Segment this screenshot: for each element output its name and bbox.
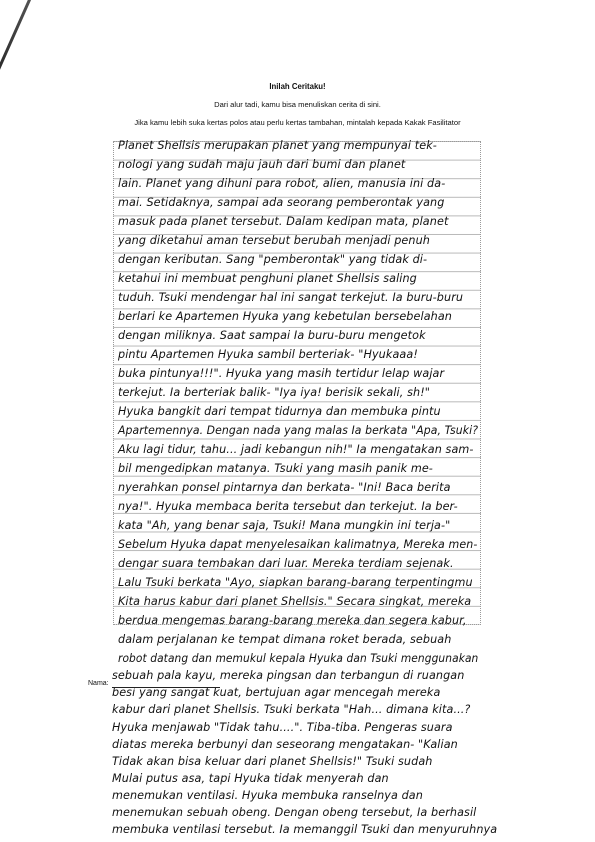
pen-stroke-mark: [0, 0, 33, 88]
story-line: Apartemennya. Dengan nada yang malas Ia …: [118, 424, 478, 437]
story-line: pintu Apartemen Hyuka sambil berteriak- …: [118, 348, 418, 361]
story-line: dengar suara tembakan dari luar. Mereka …: [118, 557, 454, 570]
story-line: dengan keributan. Sang "pemberontak" yan…: [118, 253, 427, 266]
name-label: Nama:: [88, 680, 109, 687]
story-line: sebuah pala kayu, mereka pingsan dan ter…: [112, 669, 464, 682]
story-line: diatas mereka berbunyi dan seseorang men…: [112, 738, 458, 751]
story-line: dengan miliknya. Saat sampai Ia buru-bur…: [118, 329, 426, 342]
story-line: nya!". Hyuka membaca berita tersebut dan…: [118, 500, 458, 513]
story-line: dalam perjalanan ke tempat dimana roket …: [118, 633, 451, 646]
story-line: menemukan ventilasi. Hyuka membuka ranse…: [112, 789, 423, 802]
name-underline: [112, 687, 220, 688]
story-line: Lalu Tsuki berkata "Ayo, siapkan barang-…: [118, 576, 473, 589]
story-line: robot datang dan memukul kepala Hyuka da…: [118, 652, 478, 665]
story-line: nologi yang sudah maju jauh dari bumi da…: [118, 158, 405, 171]
story-line: Hyuka bangkit dari tempat tidurnya dan m…: [118, 405, 441, 418]
story-line: nyerahkan ponsel pintarnya dan berkata- …: [118, 481, 451, 494]
story-line: buka pintunya!!!". Hyuka yang masih tert…: [118, 367, 444, 380]
instruction-text-1: Dari alur tadi, kamu bisa menuliskan cer…: [0, 100, 595, 109]
story-line: tuduh. Tsuki mendengar hal ini sangat te…: [118, 291, 463, 304]
story-line: membuka ventilasi tersebut. Ia memanggil…: [112, 823, 497, 836]
dotted-writing-box: [113, 141, 481, 625]
story-line: bil mengedipkan matanya. Tsuki yang masi…: [118, 462, 433, 475]
story-line: kata "Ah, yang benar saja, Tsuki! Mana m…: [118, 519, 450, 532]
story-line: Hyuka menjawab "Tidak tahu....". Tiba-ti…: [112, 721, 453, 734]
story-line: lain. Planet yang dihuni para robot, ali…: [118, 177, 445, 190]
story-line: menemukan sebuah obeng. Dengan obeng ter…: [112, 806, 476, 819]
story-line: terkejut. Ia berteriak balik- "Iya iya! …: [118, 386, 430, 399]
story-line: kabur dari planet Shellsis. Tsuki berkat…: [112, 703, 470, 716]
story-line: berlari ke Apartemen Hyuka yang kebetula…: [118, 310, 452, 323]
story-line: Sebelum Hyuka dapat menyelesaikan kalima…: [118, 538, 477, 551]
story-line: mai. Setidaknya, sampai ada seorang pemb…: [118, 196, 444, 209]
story-line: yang diketahui aman tersebut berubah men…: [118, 234, 430, 247]
story-line: Kita harus kabur dari planet Shellsis." …: [118, 595, 471, 608]
story-line: Aku lagi tidur, tahu... jadi kebangun ni…: [118, 443, 474, 456]
instruction-text-2: Jika kamu lebih suka kertas polos atau p…: [0, 118, 595, 127]
story-line: Mulai putus asa, tapi Hyuka tidak menyer…: [112, 772, 389, 785]
story-line: berdua mengemas barang-barang mereka dan…: [118, 614, 467, 627]
story-line: Planet Shellsis merupakan planet yang me…: [118, 139, 478, 152]
story-line: masuk pada planet tersebut. Dalam kedipa…: [118, 215, 448, 228]
page-title: Inilah Ceritaku!: [0, 82, 595, 91]
story-line: Tidak akan bisa keluar dari planet Shell…: [112, 755, 432, 768]
story-line: ketahui ini membuat penghuni planet Shel…: [118, 272, 417, 285]
